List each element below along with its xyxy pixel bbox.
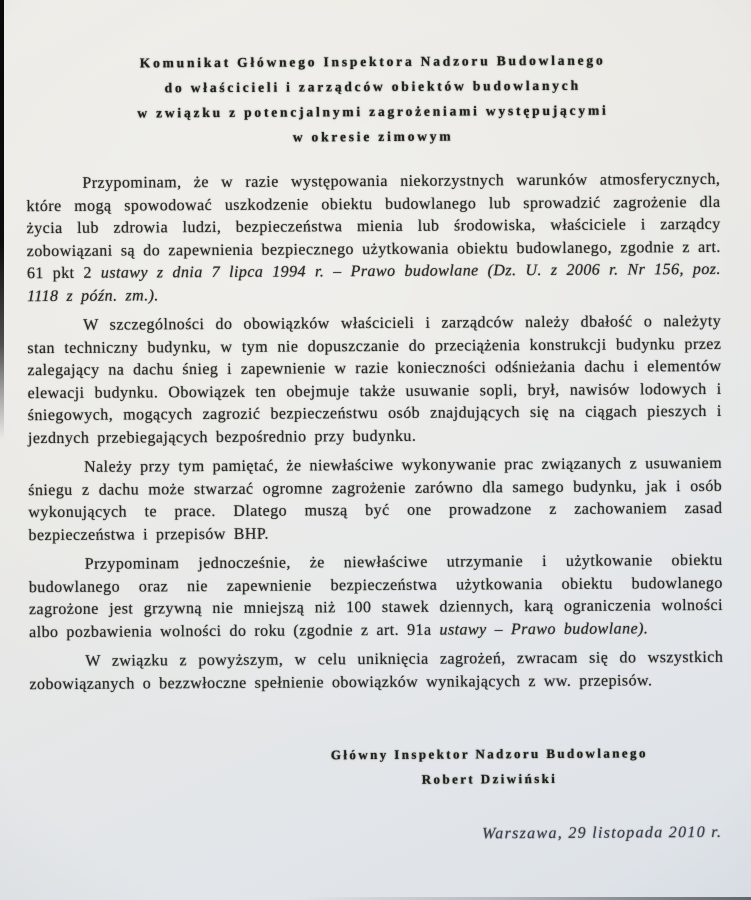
- scanned-document-photo: Komunikat Głównego Inspektora Nadzoru Bu…: [0, 0, 751, 900]
- document-page: Komunikat Głównego Inspektora Nadzoru Bu…: [0, 0, 751, 900]
- document-title: Komunikat Głównego Inspektora Nadzoru Bu…: [26, 47, 721, 151]
- paragraph-5-text: W związku z powyższym, w celu uniknięcia…: [29, 649, 723, 693]
- paragraph-1-legal-reference: ustawy z dnia 7 lipca 1994 r. – Prawo bu…: [27, 261, 721, 305]
- paragraph-3: Należy przy tym pamiętać, że niewłaściwe…: [28, 453, 723, 547]
- signature-block: Główny Inspektor Nadzoru Budowlanego Rob…: [30, 740, 724, 794]
- paragraph-4-legal-reference: ustawy – Prawo budowlane).: [439, 620, 648, 638]
- title-line-4: w okresie zimowym: [26, 122, 720, 151]
- dateline: Warszawa, 29 listopada 2010 r.: [482, 824, 722, 843]
- document-body: Przypominam, że w razie występowania nie…: [26, 169, 723, 696]
- photo-edge-left: [0, 0, 4, 440]
- signature-role: Główny Inspektor Nadzoru Budowlanego: [255, 740, 724, 768]
- paragraph-4: Przypominam jednocześnie, że niewłaściwe…: [29, 550, 724, 644]
- paragraph-2: W szczególności do obowiązków właściciel…: [27, 311, 722, 450]
- signature-name: Robert Dziwiński: [255, 765, 724, 793]
- paragraph-2-text: W szczególności do obowiązków właściciel…: [27, 313, 722, 447]
- paragraph-3-text: Należy przy tym pamiętać, że niewłaściwe…: [28, 455, 722, 544]
- paragraph-1: Przypominam, że w razie występowania nie…: [26, 169, 721, 308]
- paragraph-5: W związku z powyższym, w celu uniknięcia…: [29, 647, 723, 696]
